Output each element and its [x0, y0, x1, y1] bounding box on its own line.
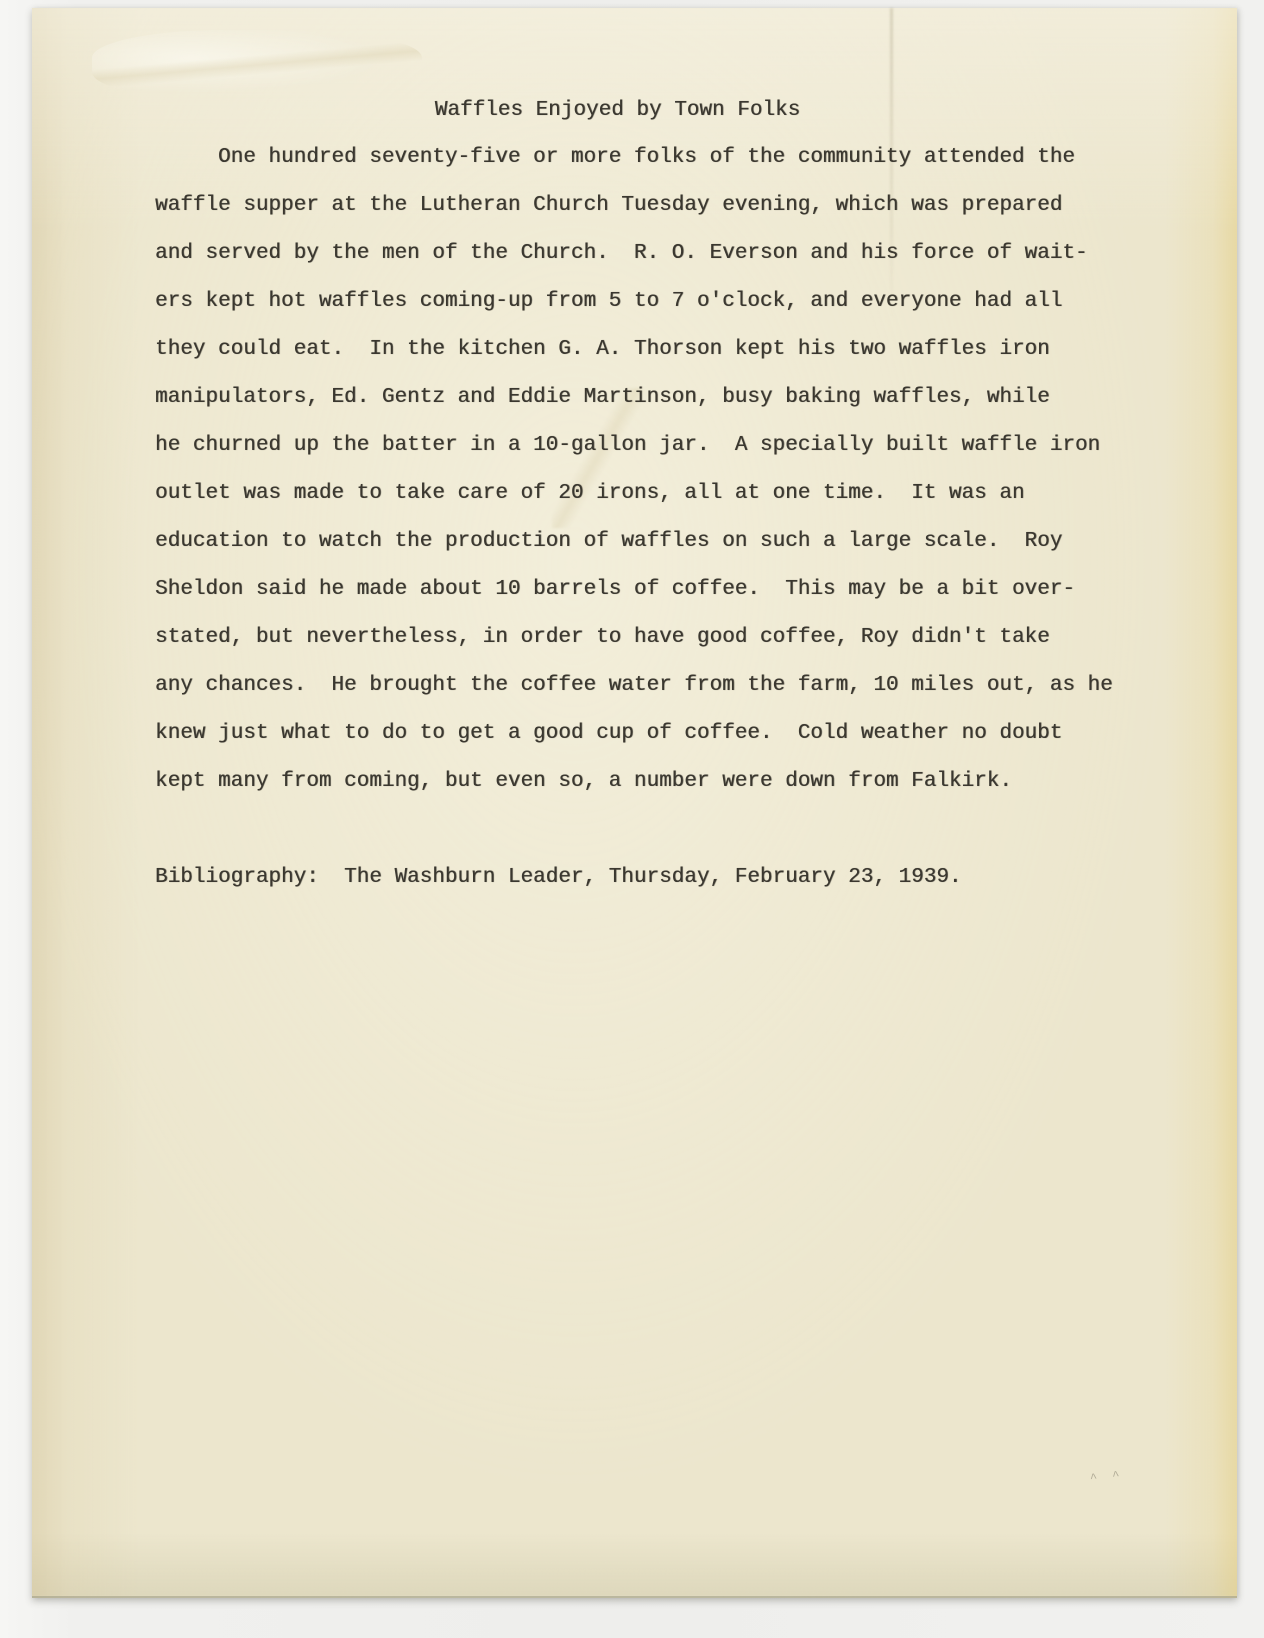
document-page: Waffles Enjoyed by Town Folks One hundre… — [32, 8, 1237, 1598]
bibliography-line: Bibliography: The Washburn Leader, Thurs… — [155, 854, 962, 902]
pencil-mark: ^ ^ — [1089, 1468, 1124, 1485]
body-line: One hundred seventy-five or more folks o… — [155, 134, 1185, 182]
document-title: Waffles Enjoyed by Town Folks — [155, 87, 1080, 135]
body-line: stated, but nevertheless, in order to ha… — [155, 614, 1185, 662]
body-line: ers kept hot waffles coming-up from 5 to… — [155, 278, 1185, 326]
body-line: they could eat. In the kitchen G. A. Tho… — [155, 326, 1185, 374]
scan-background: { "document": { "title": "Waffles Enjoye… — [0, 0, 1264, 1638]
document-body: One hundred seventy-five or more folks o… — [155, 134, 1185, 806]
body-line: any chances. He brought the coffee water… — [155, 662, 1185, 710]
body-line: waffle supper at the Lutheran Church Tue… — [155, 182, 1185, 230]
body-line: kept many from coming, but even so, a nu… — [155, 758, 1185, 806]
body-line: education to watch the production of waf… — [155, 518, 1185, 566]
body-line: knew just what to do to get a good cup o… — [155, 710, 1185, 758]
body-line: outlet was made to take care of 20 irons… — [155, 470, 1185, 518]
body-line: manipulators, Ed. Gentz and Eddie Martin… — [155, 374, 1185, 422]
body-line: Sheldon said he made about 10 barrels of… — [155, 566, 1185, 614]
body-line: and served by the men of the Church. R. … — [155, 230, 1185, 278]
body-line: he churned up the batter in a 10-gallon … — [155, 422, 1185, 470]
